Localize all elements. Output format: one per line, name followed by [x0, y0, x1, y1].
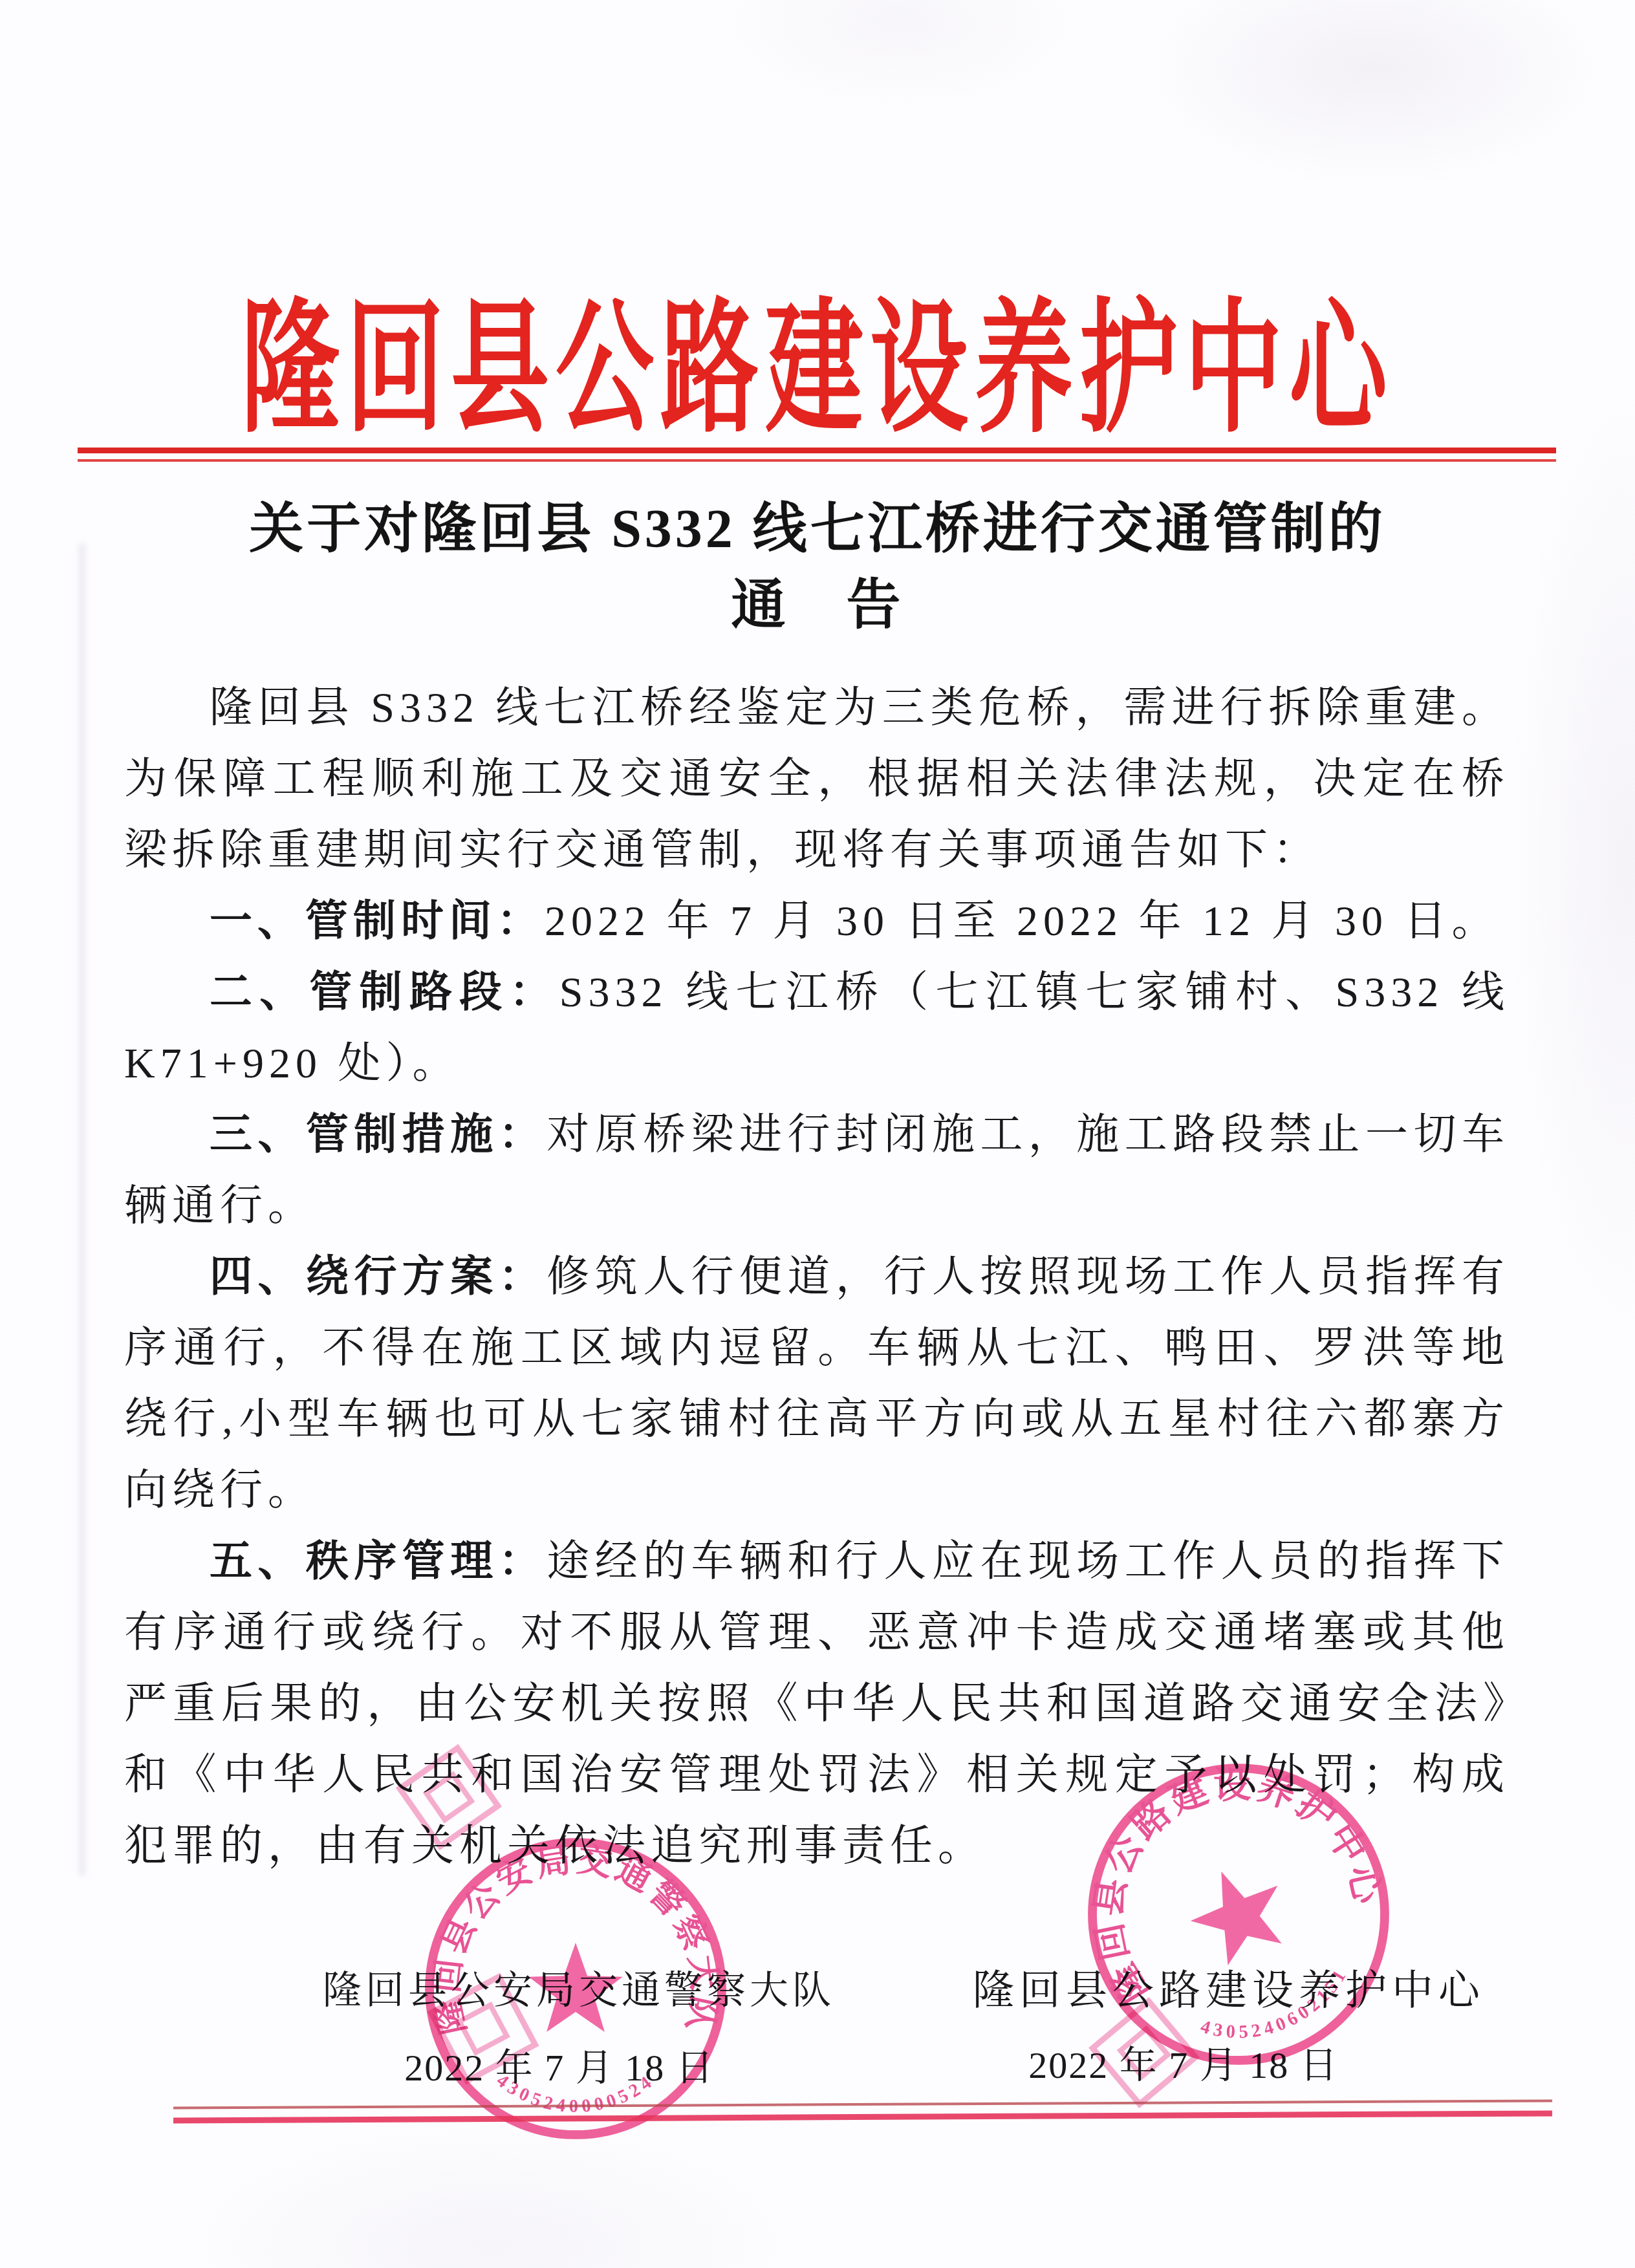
body-paragraph-3: 三、管制措施：对原桥梁进行封闭施工，施工路段禁止一切车辆通行。 — [124, 1099, 1510, 1242]
body-paragraph-4: 四、绕行方案：修筑人行便道，行人按照现场工作人员指挥有序通行，不得在施工区域内逗… — [124, 1242, 1510, 1526]
document-title-line2: 通 告 — [0, 561, 1635, 640]
section-text: 2022 年 7 月 30 日至 2022 年 12 月 30 日。 — [545, 898, 1500, 945]
star-icon — [1178, 1854, 1298, 1972]
ghost-inner-square — [423, 1771, 475, 1824]
section-label: 一、管制时间： — [210, 898, 545, 945]
notice-body: 隆回县 S332 线七江桥经鉴定为三类危桥，需进行拆除重建。为保障工程顺利施工及… — [124, 673, 1510, 1882]
section-label: 四、绕行方案： — [210, 1253, 547, 1301]
scan-fold-line-thick — [173, 2110, 1552, 2123]
header-rule-thick — [78, 448, 1556, 453]
header-rule-thin — [78, 459, 1556, 462]
body-paragraph-1: 一、管制时间：2022 年 7 月 30 日至 2022 年 12 月 30 日… — [124, 886, 1510, 957]
scan-edge-shadow — [79, 543, 85, 1875]
body-paragraph-intro: 隆回县 S332 线七江桥经鉴定为三类危桥，需进行拆除重建。为保障工程顺利施工及… — [124, 673, 1510, 886]
document-title-line1: 关于对隆回县 S332 线七江桥进行交通管制的 — [0, 485, 1635, 563]
section-label: 二、管制路段： — [210, 969, 559, 1016]
section-label: 五、秩序管理： — [210, 1538, 547, 1585]
paragraph-text: 隆回县 S332 线七江桥经鉴定为三类危桥，需进行拆除重建。为保障工程顺利施工及… — [124, 684, 1510, 874]
body-paragraph-2: 二、管制路段：S332 线七江桥（七江镇七家铺村、S332 线 K71+920 … — [124, 957, 1510, 1099]
header-org-title: 隆回县公路建设养护中心 — [0, 254, 1635, 459]
star-icon — [528, 1943, 622, 2032]
section-label: 三、管制措施： — [210, 1111, 547, 1158]
seal-serial-number: 4305240000524 — [493, 2070, 658, 2117]
scanned-notice-page: 隆回县公路建设养护中心 关于对隆回县 S332 线七江桥进行交通管制的 通 告 … — [0, 0, 1635, 2268]
scan-fold-line-thin — [173, 2099, 1552, 2109]
official-seal-police-icon: 隆回县公安局交通警察大队 4305240000524 — [418, 1831, 733, 2146]
